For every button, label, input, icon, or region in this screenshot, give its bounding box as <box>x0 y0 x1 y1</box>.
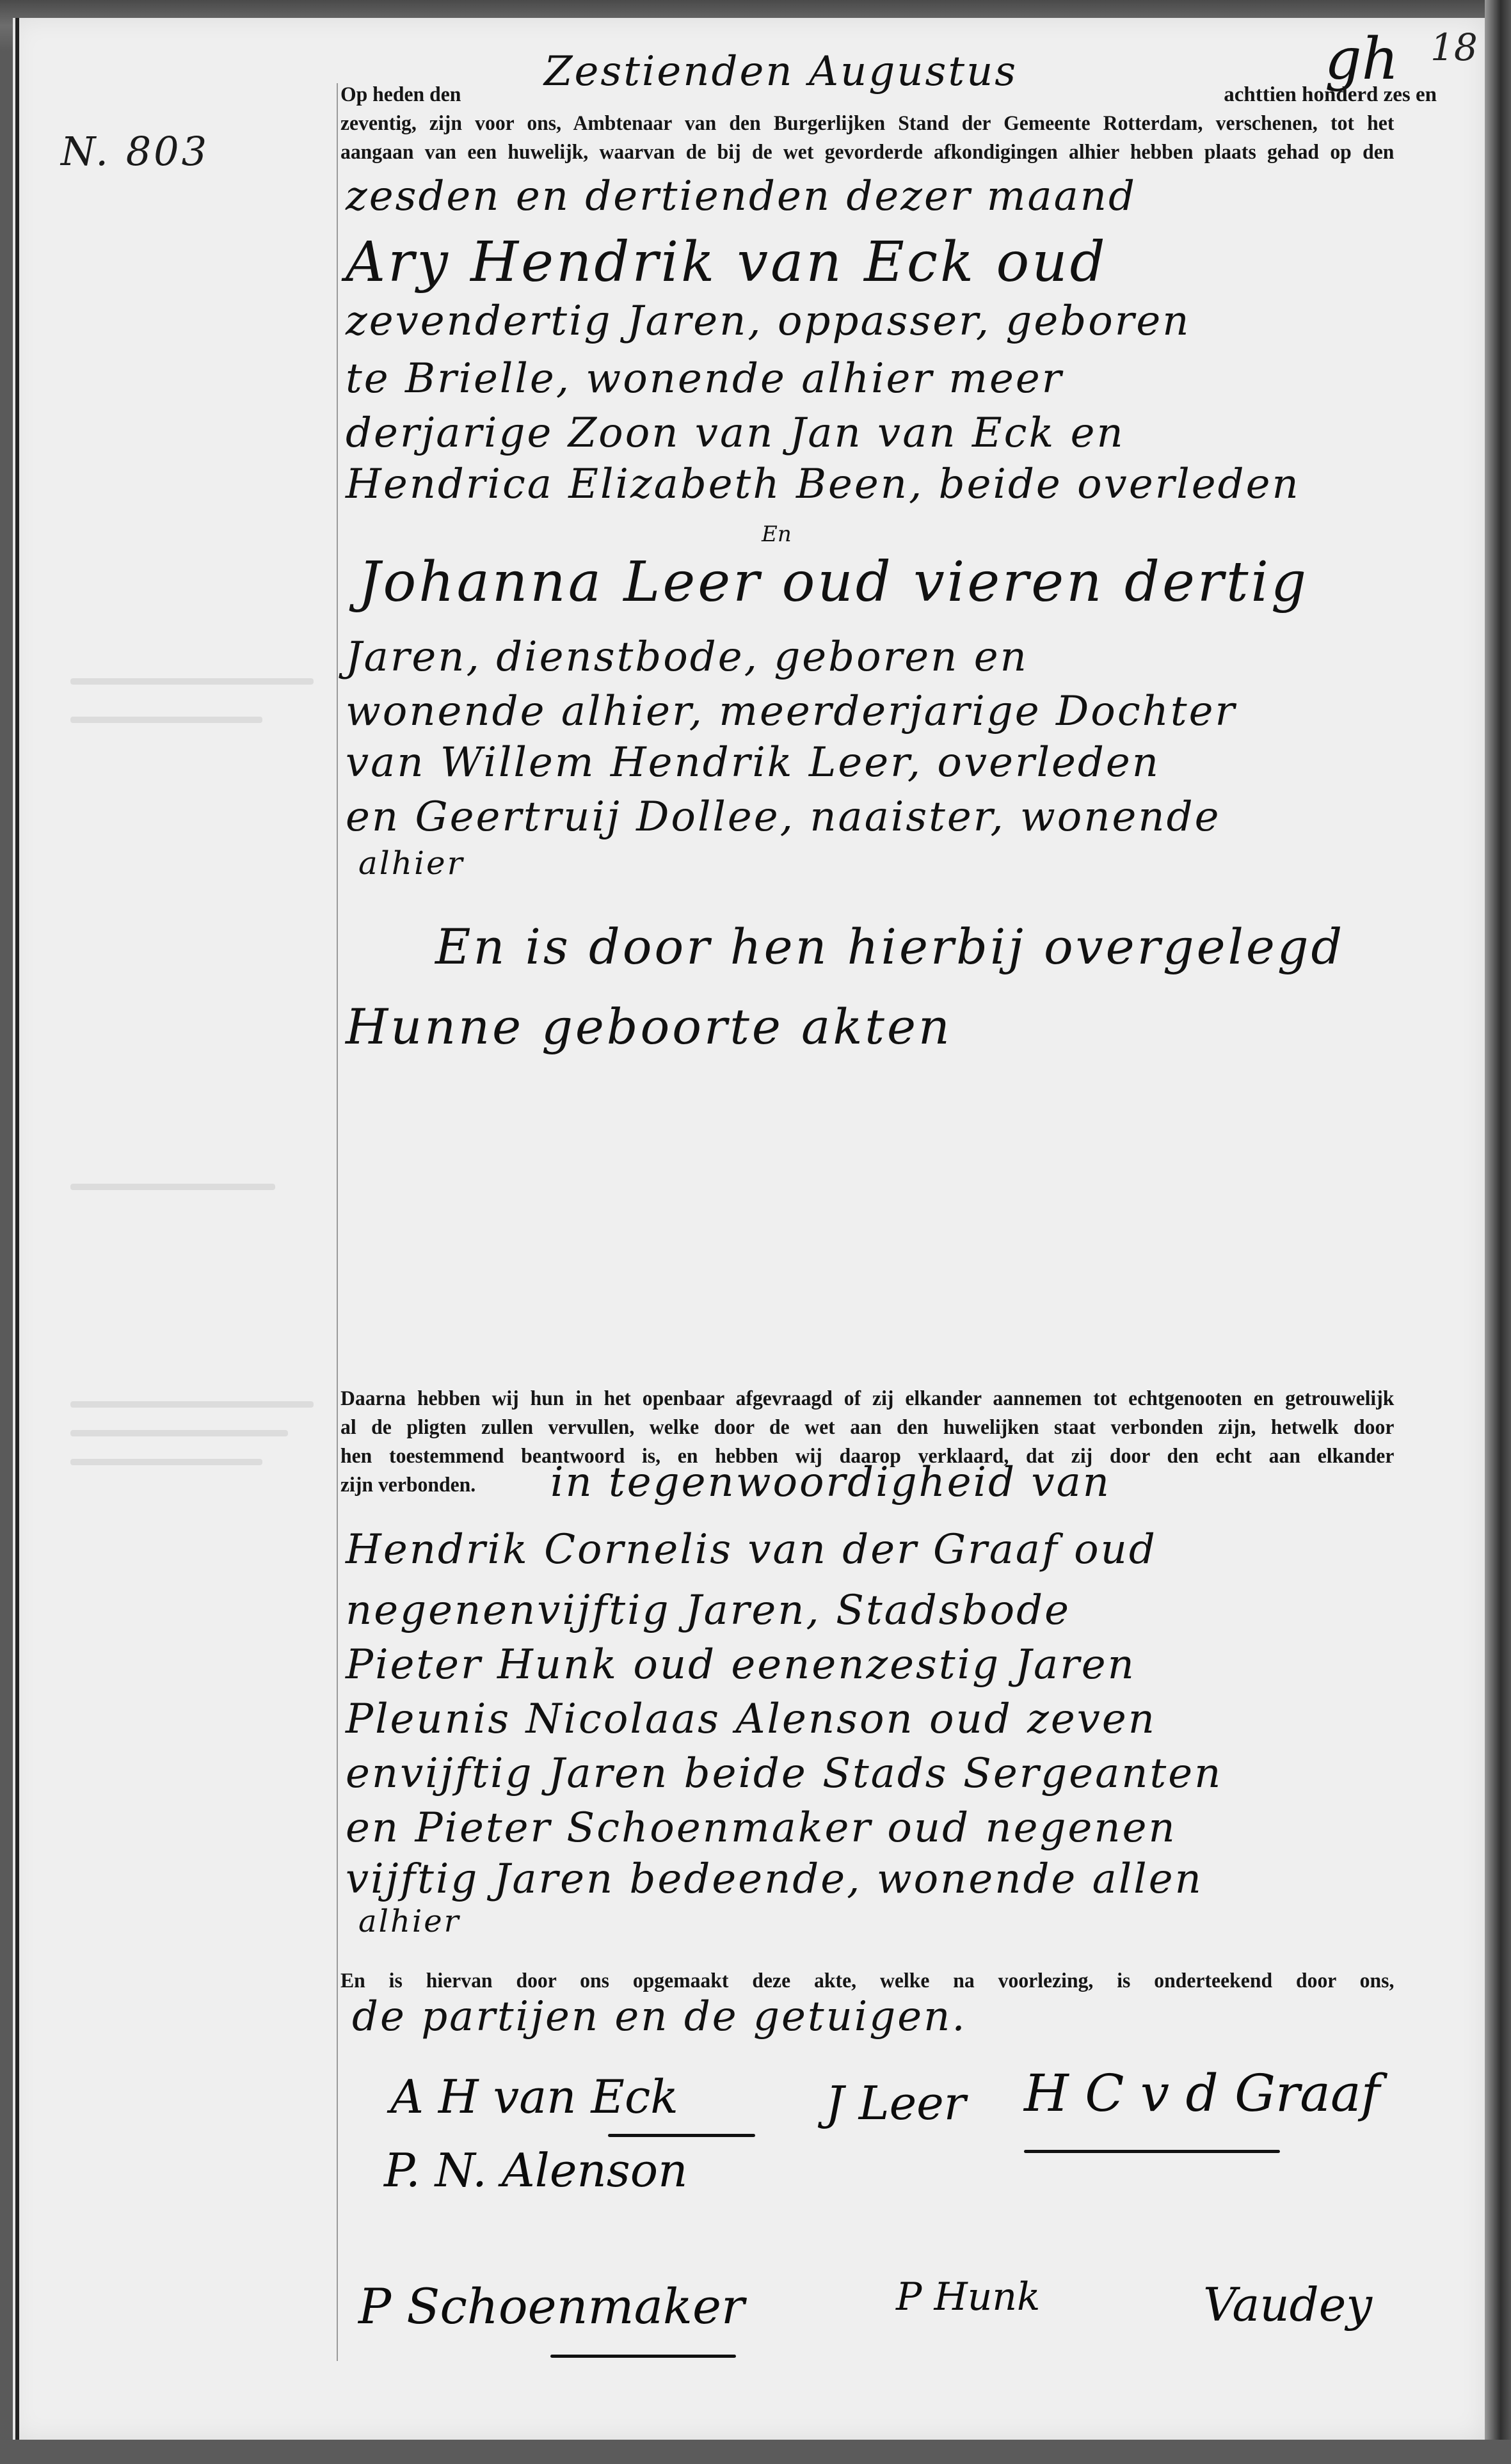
handwritten-line: zesden en dertienden dezer maand <box>346 173 1137 220</box>
printed-intro-line-3: aangaan van een huwelijk, waarvan de bij… <box>340 139 1394 166</box>
page-right-edge <box>1485 0 1511 2464</box>
signature-witness-3: P. N. Alenson <box>384 2143 687 2197</box>
bleed-through-mark <box>70 717 262 723</box>
handwritten-line: wonende alhier, meerderjarige Dochter <box>346 688 1236 735</box>
handwritten-line: en Geertruij Dollee, naaister, wonende <box>346 793 1220 841</box>
binding-edge <box>15 18 19 2440</box>
witness-line: Pieter Hunk oud eenenzestig Jaren <box>346 1641 1136 1689</box>
handwritten-line: Jaren, dienstbode, geboren en <box>346 633 1028 681</box>
printed-intro-line-2: zeventig, zijn voor ons, Ambtenaar van d… <box>340 110 1394 138</box>
handwritten-line: Hunne geboorte akten <box>346 998 952 1055</box>
printed-closing-line: En is hiervan door ons opgemaakt deze ak… <box>340 1967 1394 1995</box>
signature-flourish <box>1024 2150 1280 2153</box>
bride-name-line: Johanna Leer oud vieren dertig <box>358 550 1309 614</box>
printed-consent-line-2: al de pligten zullen vervullen, welke do… <box>340 1414 1394 1442</box>
groom-name-line: Ary Hendrik van Eck oud <box>346 230 1108 294</box>
signature-official: Vaudey <box>1203 2278 1372 2332</box>
signature-bride: J Leer <box>826 2076 966 2130</box>
bleed-through-mark <box>70 1459 262 1465</box>
handwritten-line: te Brielle, wonende alhier meer <box>346 355 1063 402</box>
handwritten-line: En is door hen hierbij overgelegd <box>435 918 1345 975</box>
printed-consent-line-1: Daarna hebben wij hun in het openbaar af… <box>340 1385 1394 1413</box>
bleed-through-mark <box>70 1401 314 1408</box>
margin-rule <box>337 83 338 2361</box>
handwritten-line: alhier <box>358 845 465 882</box>
page-bottom-edge <box>0 2440 1511 2464</box>
signature-witness-1: H C v d Graaf <box>1024 2063 1380 2123</box>
witness-line: en Pieter Schoenmaker oud negenen <box>346 1804 1177 1852</box>
handwritten-line: zevendertig Jaren, oppasser, geboren <box>346 298 1190 345</box>
signature-witness-2: P Hunk <box>896 2275 1040 2319</box>
witness-line: negenenvijftig Jaren, Stadsbode <box>346 1587 1071 1634</box>
handwritten-closing: de partijen en de getuigen. <box>352 1993 967 2040</box>
signature-witness-4: P Schoenmaker <box>358 2278 744 2335</box>
signature-groom: A H van Eck <box>390 2070 678 2124</box>
witness-line: Pleunis Nicolaas Alenson oud zeven <box>346 1696 1156 1743</box>
printed-intro-year: achttien honderd zes en <box>1194 81 1437 109</box>
bleed-through-mark <box>70 1184 275 1190</box>
witness-line: vijftig Jaren bedeende, wonende allen <box>346 1856 1203 1903</box>
handwritten-line: derjarige Zoon van Jan van Eck en <box>346 409 1125 457</box>
handwritten-line: in tegenwoordigheid van <box>550 1459 1111 1506</box>
handwritten-date: Zestienden Augustus <box>544 48 1018 95</box>
record-number: N. 803 <box>61 128 209 175</box>
signature-underline <box>550 2355 736 2358</box>
bleed-through-mark <box>70 1430 288 1436</box>
witness-line: alhier <box>358 1904 461 1939</box>
witness-line: envijftig Jaren beide Stads Sergeanten <box>346 1750 1222 1797</box>
page-number: 18 <box>1430 26 1478 69</box>
insert-en: En <box>762 521 792 547</box>
signature-underline <box>608 2134 755 2137</box>
printed-consent-line-4: zijn verbonden. <box>340 1472 476 1499</box>
printed-intro-start: Op heden den <box>340 81 461 109</box>
bleed-through-mark <box>70 678 314 685</box>
handwritten-line: van Willem Hendrik Leer, overleden <box>346 739 1160 786</box>
witness-line: Hendrik Cornelis van der Graaf oud <box>346 1526 1157 1573</box>
handwritten-line: Hendrica Elizabeth Been, beide overleden <box>346 461 1300 508</box>
